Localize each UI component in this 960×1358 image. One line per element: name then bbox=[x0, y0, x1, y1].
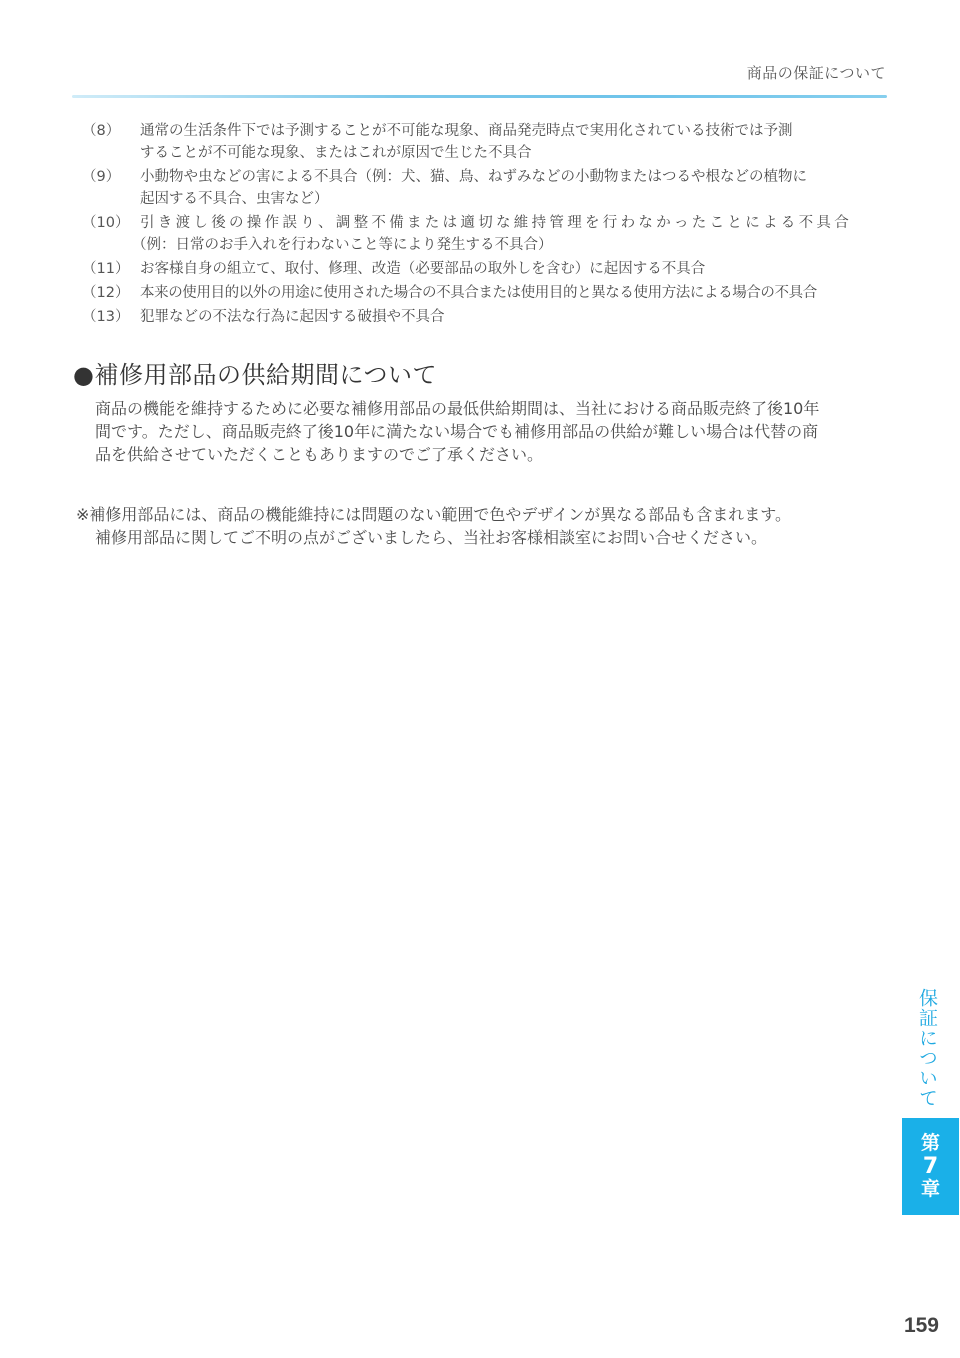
list-item: （8） 通常の生活条件下では予測することが不可能な現象、商品発売時点で実用化され… bbox=[80, 120, 890, 164]
list-text: 本来の使用目的以外の用途に使用された場合の不具合または使用目的と異なる使用方法に… bbox=[140, 282, 890, 304]
list-number: （10） bbox=[80, 212, 140, 256]
running-header-title: 商品の保証について bbox=[747, 62, 886, 83]
list-number: （11） bbox=[80, 258, 140, 280]
chapter-suffix: 章 bbox=[921, 1178, 940, 1201]
list-number: （8） bbox=[80, 120, 140, 164]
footnote-line: 補修用部品に関してご不明の点がございましたら、当社お客様相談室にお問い合せくださ… bbox=[76, 526, 906, 549]
body-line: 品を供給させていただくこともありますのでご了承ください。 bbox=[95, 443, 895, 466]
list-item: （9） 小動物や虫などの害による不具合（例：犬、猫、鳥、ねずみなどの小動物または… bbox=[80, 166, 890, 210]
list-text-line: お客様自身の組立て、取付、修理、改造（必要部品の取外しを含む）に起因する不具合 bbox=[140, 258, 890, 280]
footnote: ※補修用部品には、商品の機能維持には問題のない範囲で色やデザインが異なる部品も含… bbox=[76, 503, 906, 549]
list-number: （13） bbox=[80, 306, 140, 328]
list-item: （10） 引き渡し後の操作誤り、調整不備または適切な維持管理を行わなかったことに… bbox=[80, 212, 890, 256]
body-line: 間です。ただし、商品販売終了後10年に満たない場合でも補修用部品の供給が難しい場… bbox=[95, 420, 895, 443]
list-number: （12） bbox=[80, 282, 140, 304]
list-text-line: 本来の使用目的以外の用途に使用された場合の不具合または使用目的と異なる使用方法に… bbox=[140, 282, 890, 304]
exclusion-list: （8） 通常の生活条件下では予測することが不可能な現象、商品発売時点で実用化され… bbox=[80, 120, 890, 330]
list-text-line: 引き渡し後の操作誤り、調整不備または適切な維持管理を行わなかったことによる不具合 bbox=[140, 212, 890, 234]
section-body: 商品の機能を維持するために必要な補修用部品の最低供給期間は、当社における商品販売… bbox=[95, 397, 895, 466]
list-text: 通常の生活条件下では予測することが不可能な現象、商品発売時点で実用化されている技… bbox=[140, 120, 890, 164]
list-item: （13） 犯罪などの不法な行為に起因する破損や不具合 bbox=[80, 306, 890, 328]
chapter-number: 7 bbox=[923, 1155, 938, 1178]
list-item: （12） 本来の使用目的以外の用途に使用された場合の不具合または使用目的と異なる… bbox=[80, 282, 890, 304]
side-chapter-label: 保証について bbox=[913, 988, 941, 1108]
list-text: 小動物や虫などの害による不具合（例：犬、猫、鳥、ねずみなどの小動物またはつるや根… bbox=[140, 166, 890, 210]
body-line: 商品の機能を維持するために必要な補修用部品の最低供給期間は、当社における商品販売… bbox=[95, 397, 895, 420]
list-text-line: 犯罪などの不法な行為に起因する破損や不具合 bbox=[140, 306, 890, 328]
list-item: （11） お客様自身の組立て、取付、修理、改造（必要部品の取外しを含む）に起因す… bbox=[80, 258, 890, 280]
list-number: （9） bbox=[80, 166, 140, 210]
section-heading: ●補修用部品の供給期間について bbox=[73, 355, 437, 390]
list-text-line: することが不可能な現象、またはこれが原因で生じた不具合 bbox=[140, 142, 890, 164]
list-text-line: 小動物や虫などの害による不具合（例：犬、猫、鳥、ねずみなどの小動物またはつるや根… bbox=[140, 166, 890, 188]
list-text: 引き渡し後の操作誤り、調整不備または適切な維持管理を行わなかったことによる不具合… bbox=[140, 212, 890, 256]
chapter-prefix: 第 bbox=[921, 1132, 940, 1155]
chapter-tab[interactable]: 第 7 章 bbox=[902, 1118, 959, 1215]
list-text: 犯罪などの不法な行為に起因する破損や不具合 bbox=[140, 306, 890, 328]
list-text: お客様自身の組立て、取付、修理、改造（必要部品の取外しを含む）に起因する不具合 bbox=[140, 258, 890, 280]
footnote-line: ※補修用部品には、商品の機能維持には問題のない範囲で色やデザインが異なる部品も含… bbox=[76, 503, 906, 526]
header-divider bbox=[72, 95, 887, 98]
list-text-line: 通常の生活条件下では予測することが不可能な現象、商品発売時点で実用化されている技… bbox=[140, 120, 890, 142]
list-text-line: 起因する不具合、虫害など） bbox=[140, 188, 890, 210]
list-text-line: （例：日常のお手入れを行わないこと等により発生する不具合） bbox=[132, 234, 890, 256]
page-number: 159 bbox=[904, 1314, 939, 1338]
